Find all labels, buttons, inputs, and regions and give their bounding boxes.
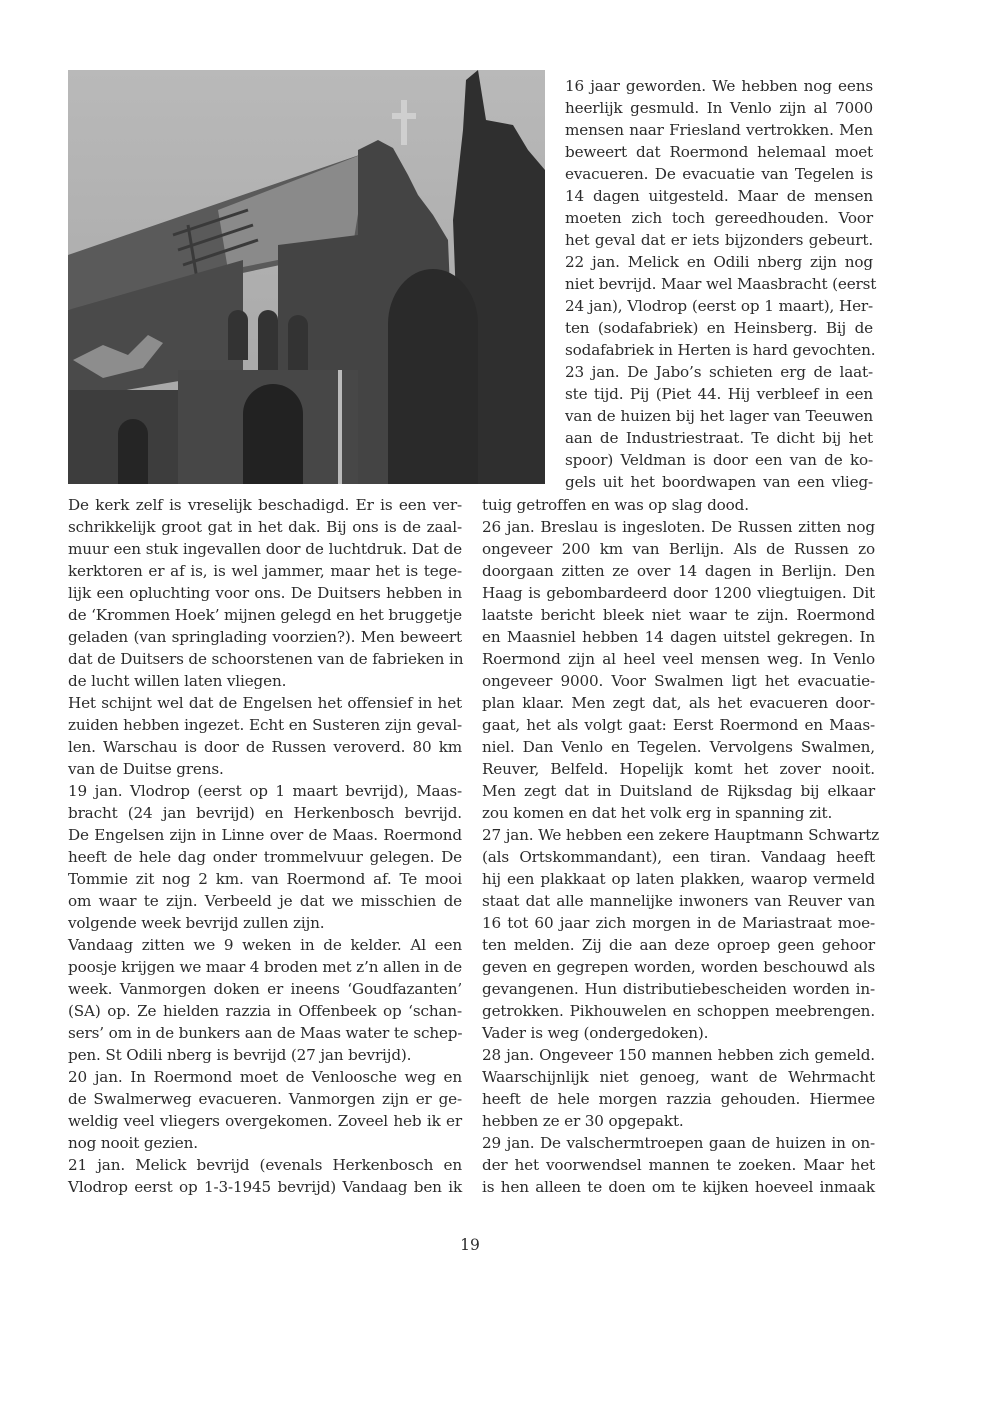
text-line: heeft de hele dag onder trommelvuur gele… xyxy=(68,846,462,868)
text-line: ten melden. Zij die aan deze oproep geen… xyxy=(482,934,875,956)
text-line: 26 jan. Breslau is ingesloten. De Russen… xyxy=(482,516,875,538)
text-line: 29 jan. De valschermtroepen gaan de huiz… xyxy=(482,1132,875,1154)
text-line: 24 jan), Vlodrop (eerst op 1 maart), Her… xyxy=(565,295,873,317)
text-line: 23 jan. De Jabo’s schieten erg de laat- xyxy=(565,361,873,383)
text-line: (SA) op. Ze hielden razzia in Offenbeek … xyxy=(68,1000,462,1022)
text-line: zou komen en dat het volk erg in spannin… xyxy=(482,802,832,824)
text-line: ste tijd. Pij (Piet 44. Hij verbleef in … xyxy=(565,383,873,405)
text-line: Tommie zit nog 2 km. van Roermond af. Te… xyxy=(68,868,462,890)
text-line: Roermond zijn al heel veel mensen weg. I… xyxy=(482,648,875,670)
text-line: lijk een opluchting voor ons. De Duitser… xyxy=(68,582,462,604)
text-line: gels uit het boordwapen van een vlieg- xyxy=(565,471,873,493)
church-illustration xyxy=(68,70,545,484)
text-line: nog nooit gezien. xyxy=(68,1132,198,1154)
text-line: 22 jan. Melick en Odili nberg zijn nog xyxy=(565,251,873,273)
text-line: De kerk zelf is vreselijk beschadigd. Er… xyxy=(68,494,462,516)
text-line: niel. Dan Venlo en Tegelen. Vervolgens S… xyxy=(482,736,875,758)
text-line: De Engelsen zijn in Linne over de Maas. … xyxy=(68,824,462,846)
text-line: pen. St Odili nberg is bevrijd (27 jan b… xyxy=(68,1044,411,1066)
text-line: spoor) Veldman is door een van de ko- xyxy=(565,449,873,471)
text-line: aan de Industriestraat. Te dicht bij het xyxy=(565,427,873,449)
text-line: hebben ze er 30 opgepakt. xyxy=(482,1110,684,1132)
text-line: sers’ om in de bunkers aan de Maas water… xyxy=(68,1022,462,1044)
text-line: Het schijnt wel dat de Engelsen het offe… xyxy=(68,692,462,714)
text-line: de Swalmerweg evacueren. Vanmorgen zijn … xyxy=(68,1088,462,1110)
text-line: 20 jan. In Roermond moet de Venloosche w… xyxy=(68,1066,462,1088)
text-line: 21 jan. Melick bevrijd (evenals Herkenbo… xyxy=(68,1154,462,1176)
text-line: het geval dat er iets bijzonders gebeurt… xyxy=(565,229,873,251)
text-line: van de Duitse grens. xyxy=(68,758,224,780)
text-line: van de huizen bij het lager van Teeuwen xyxy=(565,405,873,427)
text-line: Vlodrop eerst op 1-3-1945 bevrijd) Vanda… xyxy=(68,1176,462,1198)
text-line: moeten zich toch gereedhouden. Voor xyxy=(565,207,873,229)
text-line: zuiden hebben ingezet. Echt en Susteren … xyxy=(68,714,462,736)
text-line: 14 dagen uitgesteld. Maar de mensen xyxy=(565,185,873,207)
text-line: mensen naar Friesland vertrokken. Men xyxy=(565,119,873,141)
text-line: Haag is gebombardeerd door 1200 vliegtui… xyxy=(482,582,875,604)
text-line: kerktoren er af is, is wel jammer, maar … xyxy=(68,560,462,582)
text-line: geven en gegrepen worden, worden beschou… xyxy=(482,956,875,978)
text-line: Vader is weg (ondergedoken). xyxy=(482,1022,708,1044)
text-line: Vandaag zitten we 9 weken in de kelder. … xyxy=(68,934,462,956)
text-line: laatste bericht bleek niet waar te zijn.… xyxy=(482,604,875,626)
text-line: gaat, het als volgt gaat: Eerst Roermond… xyxy=(482,714,875,736)
text-line: 16 jaar geworden. We hebben nog eens xyxy=(565,75,873,97)
text-line: staat dat alle mannelijke inwoners van R… xyxy=(482,890,875,912)
text-line: hij een plakkaat op laten plakken, waaro… xyxy=(482,868,875,890)
text-line: len. Warschau is door de Russen veroverd… xyxy=(68,736,462,758)
text-line: ten (sodafabriek) en Heinsberg. Bij de xyxy=(565,317,873,339)
text-line: volgende week bevrijd zullen zijn. xyxy=(68,912,324,934)
text-line: ongeveer 200 km van Berlijn. Als de Russ… xyxy=(482,538,875,560)
text-line: om waar te zijn. Verbeeld je dat we miss… xyxy=(68,890,462,912)
church-photo xyxy=(68,70,545,484)
text-line: dat de Duitsers de schoorstenen van de f… xyxy=(68,648,462,670)
text-line: weldig veel vliegers overgekomen. Zoveel… xyxy=(68,1110,462,1132)
text-line: geladen (van springlading voorzien?). Me… xyxy=(68,626,462,648)
text-line: 27 jan. We hebben een zekere Hauptmann S… xyxy=(482,824,875,846)
text-line: niet bevrijd. Maar wel Maasbracht (eerst xyxy=(565,273,873,295)
text-line: de ‘Krommen Hoek’ mijnen gelegd en het b… xyxy=(68,604,462,626)
text-line: heeft de hele morgen razzia gehouden. Hi… xyxy=(482,1088,875,1110)
text-line: plan klaar. Men zegt dat, als het evacue… xyxy=(482,692,875,714)
text-line: week. Vanmorgen doken er ineens ‘Goudfaz… xyxy=(68,978,462,1000)
text-line: poosje krijgen we maar 4 broden met z’n … xyxy=(68,956,462,978)
text-line: ongeveer 9000. Voor Swalmen ligt het eva… xyxy=(482,670,875,692)
text-line: (als Ortskommandant), een tiran. Vandaag… xyxy=(482,846,875,868)
text-line: sodafabriek in Herten is hard gevochten. xyxy=(565,339,873,361)
text-line: bracht (24 jan bevrijd) en Herkenbosch b… xyxy=(68,802,462,824)
text-line: 28 jan. Ongeveer 150 mannen hebben zich … xyxy=(482,1044,875,1066)
text-line: Waarschijnlijk niet genoeg, want de Wehr… xyxy=(482,1066,875,1088)
text-line: schrikkelijk groot gat in het dak. Bij o… xyxy=(68,516,462,538)
text-line: Men zegt dat in Duitsland de Rijksdag bi… xyxy=(482,780,875,802)
text-line: is hen alleen te doen om te kijken hoeve… xyxy=(482,1176,875,1198)
text-line: Reuver, Belfeld. Hopelijk komt het zover… xyxy=(482,758,875,780)
text-line: der het voorwendsel mannen te zoeken. Ma… xyxy=(482,1154,875,1176)
text-line: heerlijk gesmuld. In Venlo zijn al 7000 xyxy=(565,97,873,119)
text-line: en Maasniel hebben 14 dagen uitstel gekr… xyxy=(482,626,875,648)
text-line: muur een stuk ingevallen door de luchtdr… xyxy=(68,538,462,560)
text-line: 16 tot 60 jaar zich morgen in de Mariast… xyxy=(482,912,875,934)
text-line: gevangenen. Hun distributiebescheiden wo… xyxy=(482,978,875,1000)
page-number: 19 xyxy=(450,1236,490,1254)
text-line: 19 jan. Vlodrop (eerst op 1 maart bevrij… xyxy=(68,780,462,802)
text-line: doorgaan zitten ze over 14 dagen in Berl… xyxy=(482,560,875,582)
text-line: tuig getroffen en was op slag dood. xyxy=(482,494,749,516)
text-line: evacueren. De evacuatie van Tegelen is xyxy=(565,163,873,185)
text-line: de lucht willen laten vliegen. xyxy=(68,670,286,692)
text-line: getrokken. Pikhouwelen en schoppen meebr… xyxy=(482,1000,875,1022)
text-line: beweert dat Roermond helemaal moet xyxy=(565,141,873,163)
